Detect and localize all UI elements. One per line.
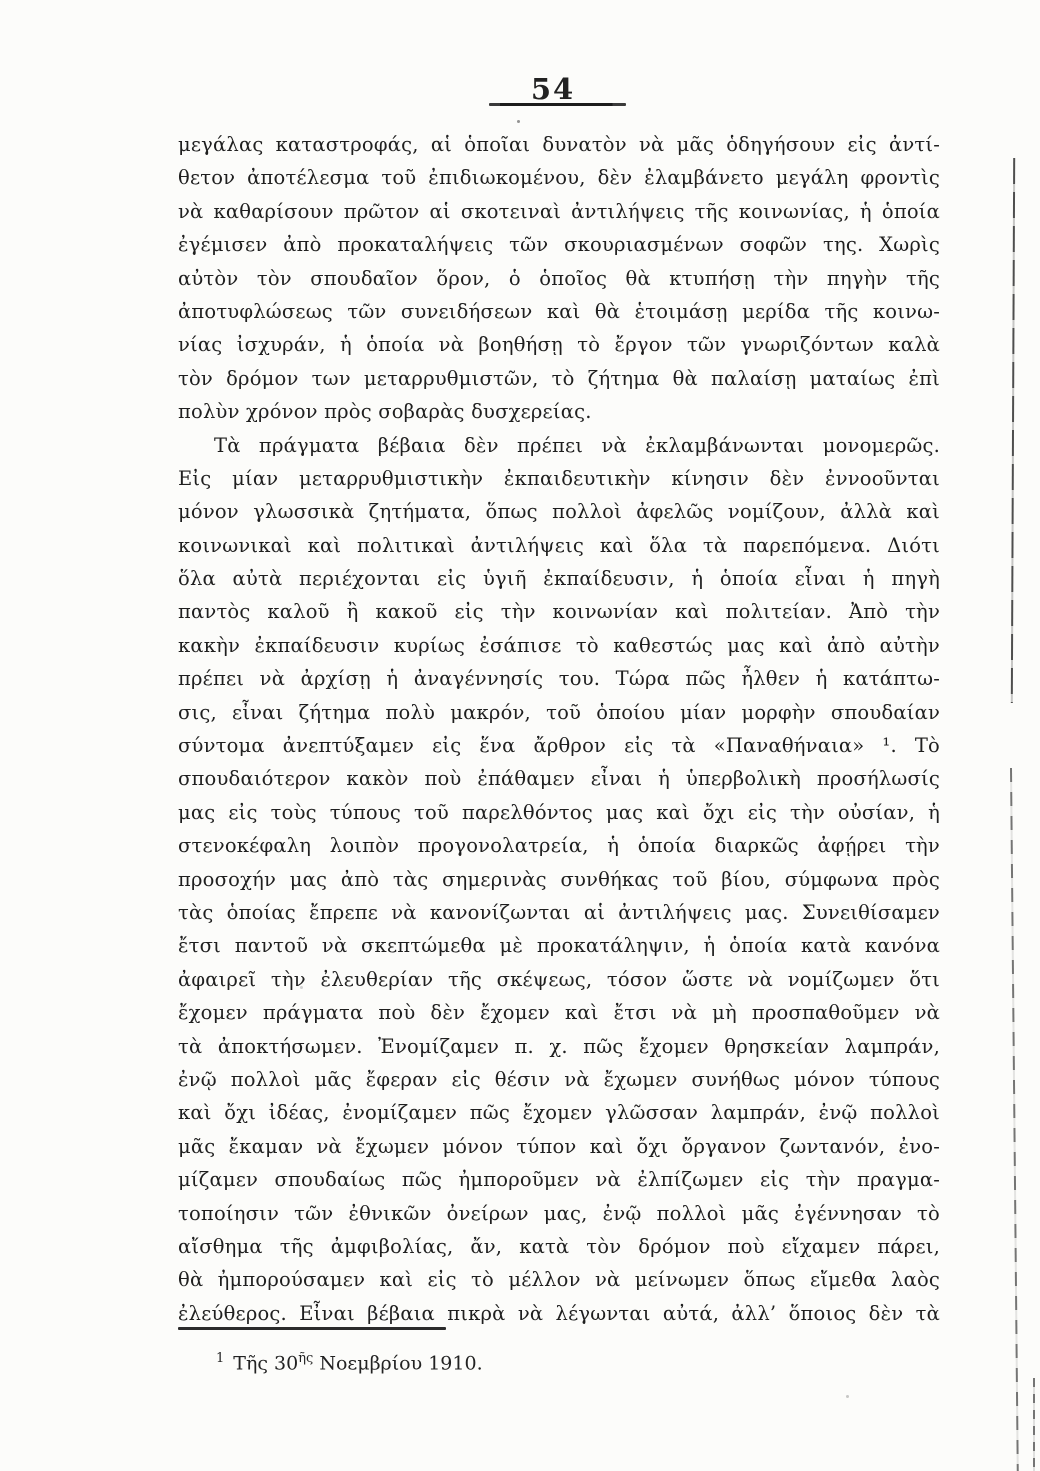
text-line: ἐνῷ πολλοὶ μᾶς ἔφεραν εἰς θέσιν νὰ ἔχωμε… <box>178 1063 940 1096</box>
text-line: μας εἰς τοὺς τύπους τοῦ παρελθόντος μας … <box>178 796 940 829</box>
footnote-text-date: Νοεμβρίου 1910. <box>313 1352 482 1374</box>
scan-streak-artifact-lower <box>1010 768 1019 1471</box>
scan-streak-artifact-corner <box>1033 1378 1035 1471</box>
footnote-text: Τῆς 30 <box>233 1352 298 1374</box>
text-line: θὰ ἠμπορούσαμεν καὶ εἰς τὸ μέλλον νὰ μεί… <box>178 1263 940 1296</box>
text-line: στενοκέφαλη λοιπὸν προγονολατρεία, ἡ ὁπο… <box>178 829 940 862</box>
text-line-paragraph-start: Τὰ πράγματα βέβαια δὲν πρέπει νὰ ἐκλαμβά… <box>178 429 940 462</box>
text-line: σπουδαιότερον κακὸν ποὺ ἐπάθαμεν εἶναι ἡ… <box>178 762 940 795</box>
text-line: τὰ ἀποκτήσωμεν. Ἐνομίζαμεν π. χ. πῶς ἔχο… <box>178 1030 940 1063</box>
footnote-separator <box>178 1327 446 1330</box>
text-line: θετον ἀποτέλεσμα τοῦ ἐπιδιωκομένου, δὲν … <box>178 161 940 194</box>
text-line: ἐλεύθερος. Εἶναι βέβαια πικρὰ νὰ λέγωντα… <box>178 1297 940 1330</box>
paper-speck <box>300 986 303 989</box>
text-line: Εἰς μίαν μεταρρυθμιστικὴν ἐκπαιδευτικὴν … <box>178 462 940 495</box>
text-line: αἴσθημα τῆς ἀμφιβολίας, ἄν, κατὰ τὸν δρό… <box>178 1230 940 1263</box>
footnote: 1Τῆς 30ῆς Νοεμβρίου 1910. <box>216 1344 483 1378</box>
text-line: μᾶς ἔκαμαν νὰ ἔχωμεν μόνον τύπον καὶ ὄχι… <box>178 1130 940 1163</box>
page-header: 54 <box>0 72 1040 106</box>
text-line: κοινωνικαὶ καὶ πολιτικαὶ ἀντιλήψεις καὶ … <box>178 529 940 562</box>
footnote-marker: 1 <box>216 1351 224 1366</box>
footnote-ordinal-superscript: ῆς <box>298 1351 313 1366</box>
text-line: τὰς ὁποίας ἔπρεπε νὰ κανονίζωνται αἱ ἀντ… <box>178 896 940 929</box>
text-line: αὐτὸν τὸν σπουδαῖον ὅρον, ὁ ὁποῖος θὰ κτ… <box>178 262 940 295</box>
text-line: καὶ ὄχι ἰδέας, ἐνομίζαμεν πῶς ἔχομεν γλῶ… <box>178 1096 940 1129</box>
text-line: προσοχήν μας ἀπὸ τὰς σημερινὰς συνθήκας … <box>178 863 940 896</box>
text-line: σύντομα ἀνεπτύξαμεν εἰς ἕνα ἄρθρον εἰς τ… <box>178 729 940 762</box>
text-line: μόνον γλωσσικὰ ζητήματα, ὅπως πολλοὶ ἀφε… <box>178 495 940 528</box>
text-line: μίζαμεν σπουδαίως πῶς ἠμποροῦμεν νὰ ἐλπί… <box>178 1163 940 1196</box>
text-line: τοποίησιν τῶν ἐθνικῶν ὀνείρων μας, ἐνῷ π… <box>178 1197 940 1230</box>
paper-speck <box>517 120 520 123</box>
text-line: κακὴν ἐκπαίδευσιν κυρίως ἐσάπισε τὸ καθε… <box>178 629 940 662</box>
text-line: πρέπει νὰ ἀρχίσῃ ἡ ἀναγέννησίς του. Τώρα… <box>178 662 940 695</box>
text-line: σις, εἶναι ζήτημα πολὺ μακρόν, τοῦ ὁποίο… <box>178 696 940 729</box>
text-line: ὅλα αὐτὰ περιέχονται εἰς ὑγιῆ ἐκπαίδευσι… <box>178 562 940 595</box>
text-line-paragraph-end: πολὺν χρόνον πρὸς σοβαρὰς δυσχερείας. <box>178 395 940 428</box>
paper-speck <box>688 378 691 381</box>
scanned-book-page: 54 μεγάλας καταστροφάς, αἱ ὁποῖαι δυνατὸ… <box>0 0 1040 1471</box>
paper-speck <box>846 1395 849 1398</box>
text-line: ἔχομεν πράγματα ποὺ δὲν ἔχομεν καὶ ἔτσι … <box>178 996 940 1029</box>
text-line: τὸν δρόμον των μεταρρυθμιστῶν, τὸ ζήτημα… <box>178 362 940 395</box>
body-text-block: μεγάλας καταστροφάς, αἱ ὁποῖαι δυνατὸν ν… <box>178 128 940 1330</box>
text-line: νίας ἰσχυράν, ἡ ὁποία νὰ βοηθήσῃ τὸ ἔργο… <box>178 328 940 361</box>
text-line: νὰ καθαρίσουν πρῶτον αἱ σκοτειναὶ ἀντιλή… <box>178 195 940 228</box>
page-number: 54 <box>531 72 575 106</box>
text-line: ἀποτυφλώσεως τῶν συνειδήσεων καὶ θὰ ἑτοι… <box>178 295 940 328</box>
text-line: ἐγέμισεν ἀπὸ προκαταλήψεις τῶν σκουριασμ… <box>178 228 940 261</box>
scan-streak-artifact-upper <box>1011 158 1015 703</box>
text-line: ἔτσι παντοῦ νὰ σκεπτώμεθα μὲ προκατάληψι… <box>178 929 940 962</box>
page-number-rule <box>489 103 626 106</box>
text-line: ἀφαιρεῖ τὴν ἐλευθερίαν τῆς σκέψεως, τόσο… <box>178 963 940 996</box>
text-line: παντὸς καλοῦ ἢ κακοῦ εἰς τὴν κοινωνίαν κ… <box>178 595 940 628</box>
text-line: μεγάλας καταστροφάς, αἱ ὁποῖαι δυνατὸν ν… <box>178 128 940 161</box>
